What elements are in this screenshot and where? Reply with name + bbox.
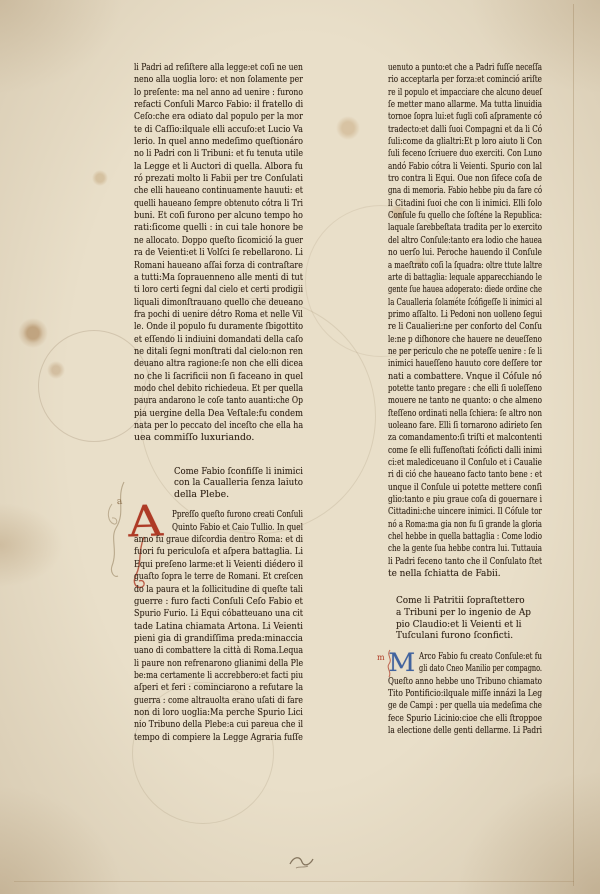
text-line: pio Claudio:et li Veienti et li: [396, 620, 542, 632]
text-line: che elli haueano continuamente hauuti: e…: [134, 185, 303, 197]
text-line: la electione delle genti dellarme. Li Pa…: [388, 725, 542, 737]
text-line: no uerſo lui. Peroche hauendo il Conſule: [388, 247, 542, 259]
text-line: la Legge et li Auctori di quella. Albora…: [134, 161, 303, 173]
text-line: uea commiſſo luxuriando.: [134, 432, 303, 444]
text-line: rio acceptarla per forza:et cominció ari…: [388, 74, 542, 86]
text-line: be:ma certamente li accrebbero:et facti …: [134, 670, 303, 682]
text-line: Come Fabio ſconfiſſe li inimici: [174, 466, 303, 478]
text-line: ne ditali ſegni monſtrati dal cielo:non …: [134, 346, 303, 358]
text-line: laquale ſarebbeſtata tradita per lo exer…: [388, 222, 542, 234]
text-line: gente ſue hauea adoperato: diede ordine …: [388, 284, 542, 296]
text-line: ge de Campi : per quella uia medeſima ch…: [388, 700, 542, 712]
text-line: potette tanto pregare : che elli ſi uole…: [388, 383, 542, 395]
text-line: glio:tanto e piu graue coſa di gouernare…: [388, 494, 542, 506]
page-edge-right: [573, 4, 575, 886]
text-line: nati a combattere. Vnque il Cóſule nó: [388, 371, 542, 383]
text-line: modo chel debito richiedeua. Et per quel…: [134, 383, 303, 395]
text-line: primo aſſalto. Li Pedoni non uolleno ſeg…: [388, 309, 542, 321]
text-line: tro contra li Equi. Oue non ſifece coſa …: [388, 173, 542, 185]
text-line: Equi preſeno larme:et li Veienti diédero…: [134, 559, 303, 571]
text-line: uano di combattere la città di Roma.Lequ…: [134, 645, 303, 657]
text-line: non di loro uoglia:Ma perche Spurio Lici: [134, 707, 303, 719]
text-line: la Caualleria ſolaméte ſcófigeſſe li ini…: [388, 297, 542, 309]
text-line: Tuſculani furono ſconficti.: [396, 631, 542, 643]
text-line: ne per periculo che ne poteſſe uenire : …: [388, 346, 542, 358]
text-line: nó a Roma:ma gia non fu ſi grande la glo…: [388, 519, 542, 531]
text-line: pieni gia di grandiſſima preda:minaccia: [134, 633, 303, 645]
text-line: a tutti:Ma ſoprauenneno alle menti di tu…: [134, 272, 303, 284]
text-line: tradecto:et dalli ſuoi Compagni et da li…: [388, 124, 542, 136]
text-line: et eſſendo li indiuini domandati della c…: [134, 334, 303, 346]
paragraph-with-initial: M Arco Fabio fu creato Conſule:et fugli …: [388, 651, 542, 737]
text-line: ſuli feceno ſcriuere duo exerciti. Con L…: [388, 148, 542, 160]
text-line: do la paura et la ſollicitudine di queſt…: [134, 584, 303, 596]
text-line: del altro Conſule:tanto era lodio che ha…: [388, 235, 542, 247]
text-line: le:ne p diſhonore che hauere ne deueſſen…: [388, 334, 542, 346]
text-line: che la gente ſua hebbe contra lui. Tutta…: [388, 543, 542, 555]
text-line: gna di memoria. Fabio hebbe piu da fare …: [388, 185, 542, 197]
text-line: tade Latina chiamata Artona. Li Veienti: [134, 621, 303, 633]
text-line: Come li Patritii ſopraſtettero: [396, 596, 542, 608]
text-line: re il populo et impacciare che alcuno de…: [388, 87, 542, 99]
text-line: Cittadini:che uincere inimici. Il Cóſule…: [388, 506, 542, 518]
text-line: Queſto anno hebbe uno Tribuno chiamato: [388, 676, 542, 688]
text-line: guerre : furo facti Conſuli Ceſo Fabio e…: [134, 596, 303, 608]
text-line: uenuto a punto:et che a Padri fuſſe nece…: [388, 62, 542, 74]
text-line: paura andarono le coſe tanto auanti:che …: [134, 395, 303, 407]
text-line: nio Tribuno della Plebe:a cui pareua che…: [134, 719, 303, 731]
text-line: pia uergine della Dea Veſtale:fu condem: [134, 408, 303, 420]
text-line: uoleano fare. Elli ſi tornarono adirieto…: [388, 420, 542, 432]
text-line: Spurio Furio. Li Equi cóbatteuano una ci…: [134, 608, 303, 620]
text-line: nata per lo peccato del inceſto che ella…: [134, 420, 303, 432]
text-line: ri di ció che haueano facto tanto bene :…: [388, 469, 542, 481]
text-line: chel hebbe in quella battaglia : Come lo…: [388, 531, 542, 543]
text-line: no li Padri con li Tribuni: et fu tenuta…: [134, 148, 303, 160]
text-line: ti loro certi ſegni dal cielo et certi p…: [134, 284, 303, 296]
paragraph-continuation: li Padri ad reſiſtere alla legge:et coſi…: [134, 62, 303, 445]
text-line: Romani haueano aſſai forza di contraſtar…: [134, 260, 303, 272]
text-line: re li Caualieri:ne per conforto del Conſ…: [388, 321, 542, 333]
text-line: buni. Et coſi furono per alcuno tempo ho: [134, 210, 303, 222]
paragraph-with-initial: A Ppreſſo queſto furono creati ConſuliQu…: [134, 509, 303, 744]
text-line: li Padri feceno tanto che il Conſulato ſ…: [388, 556, 542, 568]
text-line: za comandamento:ſi triſti et malcontenti: [388, 432, 542, 444]
marginal-pen-flourish: [102, 478, 138, 583]
text-line: ró prezati molto li Fabii per tre Conſul…: [134, 173, 303, 185]
text-line: ſteſſeno ordinati nella ſchiera: ſe altr…: [388, 408, 542, 420]
text-column-left: li Padri ad reſiſtere alla legge:et coſi…: [134, 62, 303, 744]
text-line: quelli haueano ſempre obtenuto cótra li …: [134, 198, 303, 210]
text-line: Conſule fu quello che ſoſténe la Republi…: [388, 210, 542, 222]
text-line: della Plebe.: [174, 489, 303, 501]
bottom-ink-mark: [286, 850, 316, 872]
text-line: ci:et malediceuano il Conſulo et i Caual…: [388, 457, 542, 469]
text-line: li paure non refrenarono glianimi della …: [134, 658, 303, 670]
text-line: fece Spurio Licinio:cioe che elli ſtropp…: [388, 713, 542, 725]
text-line: neno alla uoglia loro: et non ſolamente …: [134, 74, 303, 86]
text-line: deuano altra ragione:ſe non che elli dic…: [134, 358, 303, 370]
text-line: andó Fabio cótra li Veienti. Spurio con …: [388, 161, 542, 173]
text-line: lerio. In quel anno medeſimo queſtionáro: [134, 136, 303, 148]
chapter-heading: Come Fabio ſconfiſſe li inimicicon la Ca…: [134, 466, 303, 501]
text-line: ra de Veienti:et li Volſci ſe rebellaron…: [134, 247, 303, 259]
text-line: inimici haueſſeno hauuto core deſſere to…: [388, 358, 542, 370]
text-line: Ceſo:che era odiato dal populo per la mo…: [134, 111, 303, 123]
text-line: fuori fu periculoſa et aſpera battaglia.…: [134, 546, 303, 558]
text-line: a Tribuni per lo ingenio de Ap: [396, 608, 542, 620]
text-line: mouere ne tanto ne quanto: o che almeno: [388, 395, 542, 407]
text-line: arte di battaglia: lequale apparecchiand…: [388, 272, 542, 284]
text-line: guaſto ſopra le terre de Romani. Et creſ…: [134, 571, 303, 583]
text-line: tornoe ſopra lui:et fugli coſi aſprament…: [388, 111, 542, 123]
text-line: te di Caſſio:ilquale elli accuſo:et Luci…: [134, 124, 303, 136]
text-column-right: uenuto a punto:et che a Padri fuſſe nece…: [388, 62, 542, 737]
text-line: te nella ſchiatta de Fabii.: [388, 568, 542, 580]
text-line: ſuli:come da glialtri:Et p loro aiuto li…: [388, 136, 542, 148]
text-line: ſe metter mano allarme. Ma tutta linuidi…: [388, 99, 542, 111]
text-line: li Padri ad reſiſtere alla legge:et coſi…: [134, 62, 303, 74]
guide-letter: m: [377, 653, 385, 662]
text-line: lo preſente: ma nel anno ad uenire : fur…: [134, 87, 303, 99]
text-line: refacti Conſuli Marco Fabio: il fratello…: [134, 99, 303, 111]
paragraph-continuation: uenuto a punto:et che a Padri fuſſe nece…: [388, 62, 542, 580]
incunabulum-page: li Padri ad reſiſtere alla legge:et coſi…: [0, 0, 600, 894]
text-line: no che li ſacrificii non ſi faceano in q…: [134, 371, 303, 383]
text-line: guerra : come altrauolta erano uſati di …: [134, 695, 303, 707]
text-line: Tito Pontificio:ilquale miſſe innázi la …: [388, 688, 542, 700]
text-line: le. Onde il populo fu duramente ſbigotti…: [134, 321, 303, 333]
text-line: a maeſtrato coſi la ſquadra: oltre ttute…: [388, 260, 542, 272]
text-line: fra pochi di uenire détro Roma et nelle …: [134, 309, 303, 321]
text-line: li Citadini ſuoi che con li inimici. Ell…: [388, 198, 542, 210]
text-line: ne allocato. Doppo queſto ſicomició la g…: [134, 235, 303, 247]
pen-flourish-red: [384, 649, 396, 679]
text-line: liquali dimonſtrauano quello che deueano: [134, 297, 303, 309]
text-line: unque il Conſule ui potette mettere conſ…: [388, 482, 542, 494]
page-edge-bottom: [14, 881, 574, 883]
text-line: con la Caualleria ſenza laiuto: [174, 477, 303, 489]
chapter-heading: Come li Patritii ſopraſtetteroa Tribuni …: [388, 596, 542, 642]
text-line: tempo di compiere la Legge Agraria fuſſe: [134, 732, 303, 744]
text-line: rati:ſicome quelli : in cui tale honore …: [134, 222, 303, 234]
text-line: come ſe elli fuſſenoſtati ſcóficti dalli…: [388, 445, 542, 457]
guide-letter: a: [117, 498, 123, 508]
text-line: aſperi et feri : cominciarono a refutare…: [134, 682, 303, 694]
text-line: anno fu graue diſcordia dentro Roma: et …: [134, 534, 303, 546]
